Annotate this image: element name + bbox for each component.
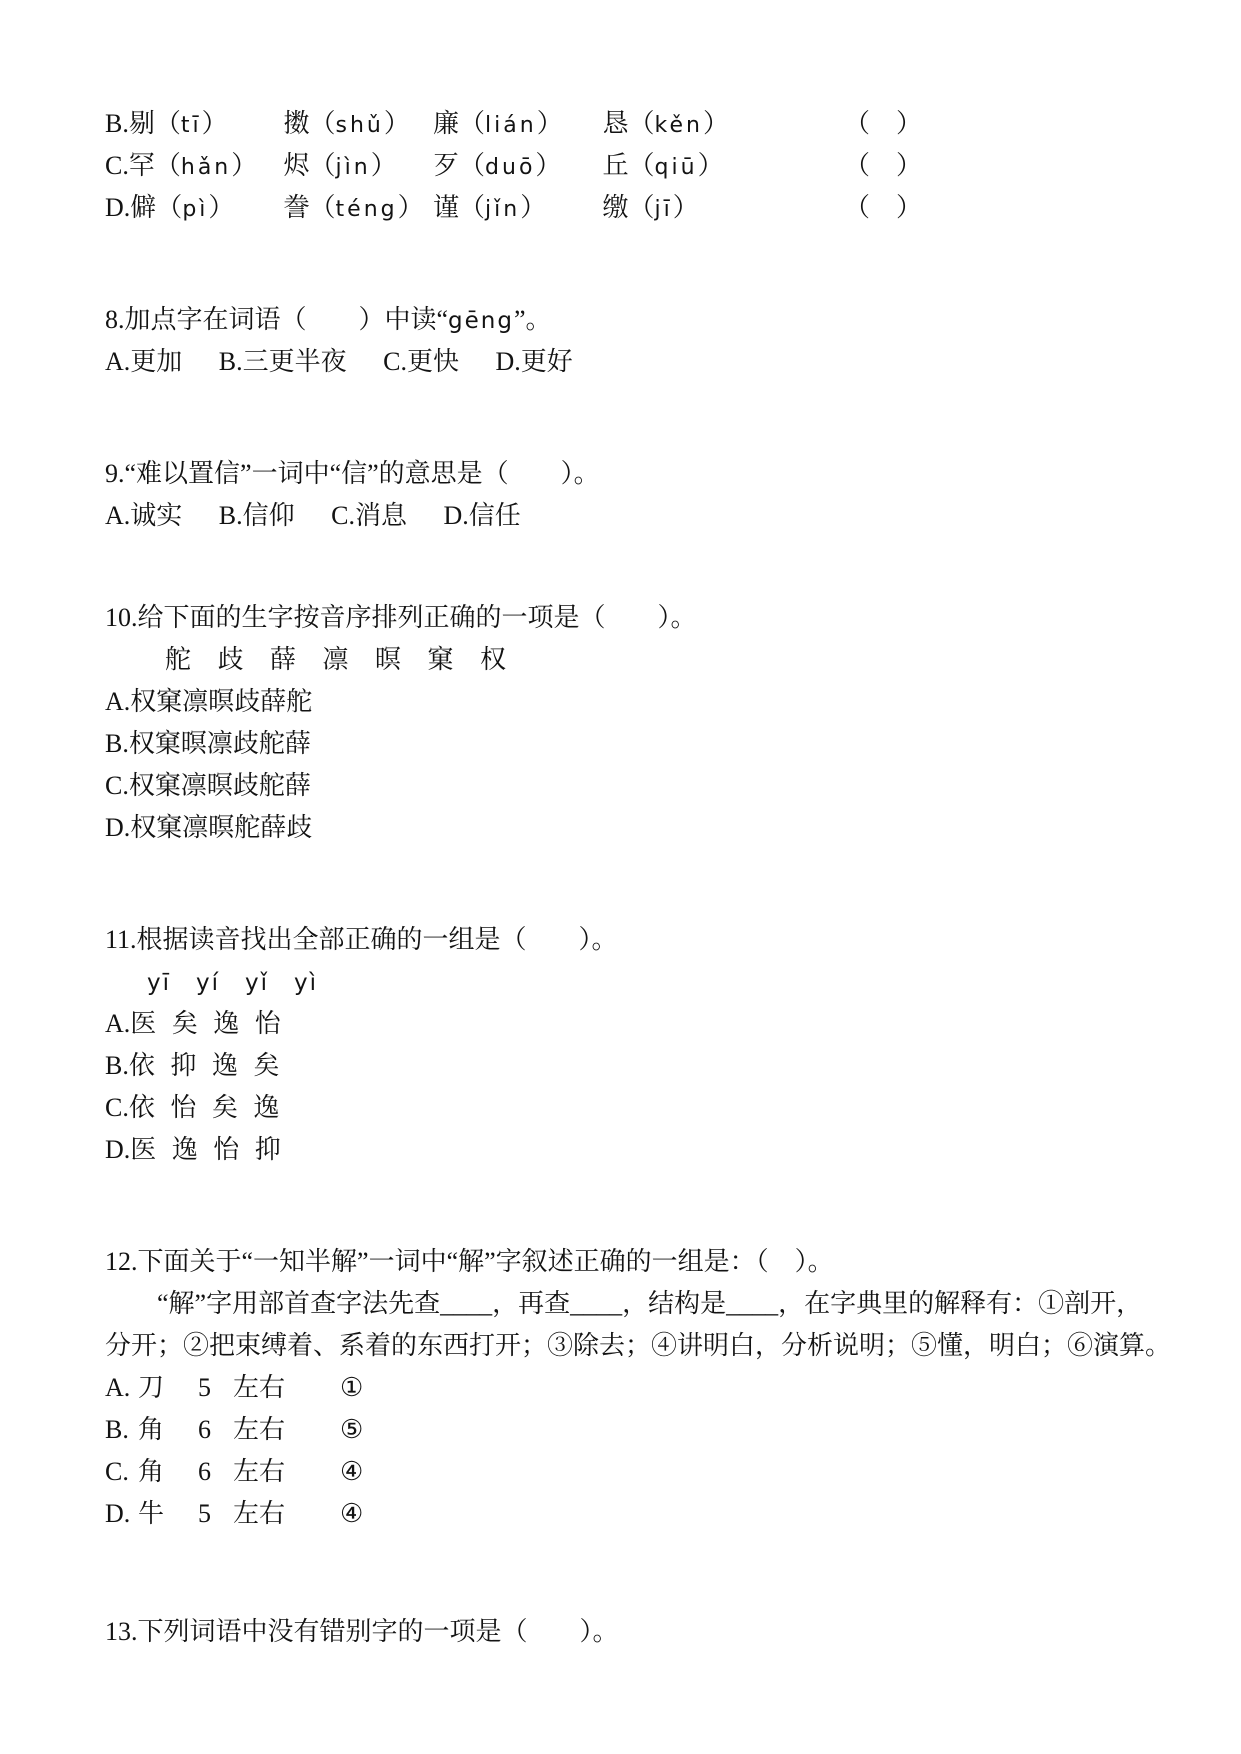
- hanzi: 丘: [603, 151, 629, 180]
- question-9-title: 9.“难以置信”一词中“信”的意思是（ ）。: [105, 453, 1181, 495]
- q7-b-entry-2: 擞（shǔ）: [284, 103, 427, 147]
- question-12-body-line-2: 分开；②把束缚着、系着的东西打开；③除去；④讲明白，分析说明；⑤懂，明白；⑥演算…: [105, 1325, 1181, 1367]
- option-d: D.牛5左右④: [105, 1493, 1181, 1535]
- option-text: B.依 抑 逸 矣: [105, 1051, 279, 1080]
- pinyin-list: yī yí yǐ yì: [147, 970, 318, 996]
- option-a: A.更加: [105, 347, 182, 376]
- pinyin: hǎn: [181, 155, 231, 180]
- q7-c-entry-2: 烬（jìn）: [284, 145, 427, 189]
- pinyin: téng: [336, 197, 398, 222]
- q7-c-entry-3: 歹（duō）: [433, 145, 596, 189]
- open-paren: （: [459, 193, 485, 222]
- option-a: A.刀5左右①: [105, 1367, 1181, 1409]
- option-c: C.依 怡 矣 逸: [105, 1087, 1181, 1129]
- q7-b-entry-3: 廉（lián）: [433, 103, 596, 147]
- close-paren: ）: [398, 193, 424, 222]
- close-paren: ）: [231, 151, 257, 180]
- option-text: D.权窠凛暝舵薛歧: [105, 813, 312, 842]
- structure: 左右: [233, 1409, 340, 1451]
- pinyin: kěn: [655, 113, 703, 138]
- question-text: 11.根据读音找出全部正确的一组是（ ）。: [105, 925, 618, 954]
- question-9: 9.“难以置信”一词中“信”的意思是（ ）。 A.诚实 B.信仰 C.消息 D.…: [105, 453, 1181, 537]
- answer-blank: （ ）: [844, 151, 922, 180]
- question-text: 10.给下面的生字按音序排列正确的一项是（ ）。: [105, 603, 697, 632]
- hanzi: 恳: [603, 109, 629, 138]
- open-paren: （: [155, 151, 181, 180]
- option-letter: D.: [105, 1493, 138, 1535]
- option-letter: C.: [105, 151, 129, 180]
- option-a: A.权窠凛暝歧薛舵: [105, 681, 1181, 723]
- body-text: 分开；②把束缚着、系着的东西打开；③除去；④讲明白，分析说明；⑤懂，明白；⑥演算…: [105, 1331, 1171, 1360]
- question-text: ”。: [514, 305, 552, 334]
- close-paren: ）: [537, 109, 563, 138]
- question-10-character-list: 舵 歧 薛 凛 暝 窠 权: [105, 639, 1181, 681]
- radical: 角: [138, 1409, 198, 1451]
- pinyin: jǐn: [485, 197, 520, 222]
- option-d: D.信任: [443, 501, 520, 530]
- close-paren: ）: [371, 151, 397, 180]
- option-c: C.权窠凛暝歧舵薛: [105, 765, 1181, 807]
- pinyin: jī: [655, 197, 673, 222]
- hanzi-list: 舵 歧 薛 凛 暝 窠 权: [165, 645, 513, 674]
- close-paren: ）: [208, 193, 234, 222]
- question-8-options: A.更加 B.三更半夜 C.更快 D.更好: [105, 341, 1181, 383]
- option-letter: A.: [105, 1367, 138, 1409]
- open-paren: （: [629, 109, 655, 138]
- option-letter: B.: [105, 109, 129, 138]
- close-paren: ）: [703, 109, 729, 138]
- open-paren: （: [459, 151, 485, 180]
- close-paren: ）: [698, 151, 724, 180]
- q7-d-entry-1: D.僻（pì）: [105, 187, 277, 231]
- option-text: B.权窠暝凛歧舵薛: [105, 729, 311, 758]
- q7-option-row-b: B.剔（tī） 擞（shǔ） 廉（lián） 恳（kěn） （ ）: [105, 103, 1181, 145]
- hanzi: 剔: [129, 109, 155, 138]
- question-text: 8.加点字在词语（ ）中读“: [105, 305, 448, 334]
- pinyin: tī: [181, 113, 202, 138]
- question-11: 11.根据读音找出全部正确的一组是（ ）。 yī yí yǐ yì A.医 矣 …: [105, 919, 1181, 1171]
- hanzi: 廉: [433, 109, 459, 138]
- q7-b-entry-1: B.剔（tī）: [105, 103, 277, 147]
- hanzi: 缴: [603, 193, 629, 222]
- option-text: C.权窠凛暝歧舵薛: [105, 771, 311, 800]
- question-11-title: 11.根据读音找出全部正确的一组是（ ）。: [105, 919, 1181, 961]
- close-paren: ）: [202, 109, 228, 138]
- option-c: C.角6左右④: [105, 1451, 1181, 1493]
- option-c: C.消息: [331, 501, 407, 530]
- q7-d-entry-2: 誊（téng）: [284, 187, 427, 231]
- question-11-pinyin-row: yī yí yǐ yì: [105, 961, 1181, 1003]
- definition-number: ④: [340, 1499, 363, 1528]
- option-a: A.诚实: [105, 501, 182, 530]
- close-paren: ）: [520, 193, 546, 222]
- close-paren: ）: [673, 193, 699, 222]
- question-10-title: 10.给下面的生字按音序排列正确的一项是（ ）。: [105, 597, 1181, 639]
- q7-option-row-d: D.僻（pì） 誊（téng） 谨（jǐn） 缴（jī） （ ）: [105, 187, 1181, 229]
- radical: 刀: [138, 1367, 198, 1409]
- open-paren: （: [155, 109, 181, 138]
- option-letter: D.: [105, 193, 130, 222]
- close-paren: ）: [384, 109, 410, 138]
- stroke-count: 5: [198, 1367, 233, 1409]
- open-paren: （: [629, 193, 655, 222]
- open-paren: （: [459, 109, 485, 138]
- q7-c-entry-1: C.罕（hǎn）: [105, 145, 277, 189]
- option-c: C.更快: [383, 347, 459, 376]
- q7-d-entry-3: 谨（jǐn）: [433, 187, 596, 231]
- pinyin: jìn: [336, 155, 371, 180]
- radical: 牛: [138, 1493, 198, 1535]
- option-text: A.医 矣 逸 怡: [105, 1009, 281, 1038]
- hanzi: 誊: [284, 193, 310, 222]
- question-8: 8.加点字在词语（ ）中读“gēng”。 A.更加 B.三更半夜 C.更快 D.…: [105, 299, 1181, 383]
- option-b: B.角6左右⑤: [105, 1409, 1181, 1451]
- question-text: 9.“难以置信”一词中“信”的意思是（ ）。: [105, 459, 600, 488]
- question-12: 12.下面关于“一知半解”一词中“解”字叙述正确的一组是：（ ）。 “解”字用部…: [105, 1241, 1181, 1535]
- open-paren: （: [310, 109, 336, 138]
- question-12-title: 12.下面关于“一知半解”一词中“解”字叙述正确的一组是：（ ）。: [105, 1241, 1181, 1283]
- option-letter: B.: [105, 1409, 138, 1451]
- stroke-count: 6: [198, 1451, 233, 1493]
- pinyin: duō: [485, 155, 535, 180]
- question-10: 10.给下面的生字按音序排列正确的一项是（ ）。 舵 歧 薛 凛 暝 窠 权 A…: [105, 597, 1181, 849]
- q7-option-row-c: C.罕（hǎn） 烬（jìn） 歹（duō） 丘（qiū） （ ）: [105, 145, 1181, 187]
- pinyin: gēng: [448, 308, 514, 334]
- structure: 左右: [233, 1451, 340, 1493]
- option-b: B.依 抑 逸 矣: [105, 1045, 1181, 1087]
- hanzi: 歹: [433, 151, 459, 180]
- option-b: B.三更半夜: [219, 347, 347, 376]
- close-paren: ）: [535, 151, 561, 180]
- option-d: D.权窠凛暝舵薛歧: [105, 807, 1181, 849]
- option-b: B.信仰: [219, 501, 295, 530]
- open-paren: （: [310, 151, 336, 180]
- answer-blank: （ ）: [844, 109, 922, 138]
- radical: 角: [138, 1451, 198, 1493]
- option-text: A.权窠凛暝歧薛舵: [105, 687, 312, 716]
- question-7-option-rows: B.剔（tī） 擞（shǔ） 廉（lián） 恳（kěn） （ ） C.罕（hǎ…: [105, 103, 1181, 229]
- pinyin: shǔ: [336, 113, 384, 138]
- pinyin: lián: [485, 113, 537, 138]
- hanzi: 谨: [433, 193, 459, 222]
- q7-b-entry-4: 恳（kěn）: [603, 103, 838, 147]
- hanzi: 僻: [130, 193, 156, 222]
- definition-number: ⑤: [340, 1415, 363, 1444]
- question-text: 13.下列词语中没有错别字的一项是（ ）。: [105, 1617, 619, 1646]
- open-paren: （: [629, 151, 655, 180]
- exam-document-page: B.剔（tī） 擞（shǔ） 廉（lián） 恳（kěn） （ ） C.罕（hǎ…: [0, 0, 1241, 1754]
- pinyin: pì: [182, 197, 208, 222]
- hanzi: 烬: [284, 151, 310, 180]
- question-12-body-line-1: “解”字用部首查字法先查____，再查____，结构是____，在字典里的解释有…: [105, 1283, 1181, 1325]
- open-paren: （: [156, 193, 182, 222]
- option-a: A.医 矣 逸 怡: [105, 1003, 1181, 1045]
- option-text: C.依 怡 矣 逸: [105, 1093, 279, 1122]
- option-b: B.权窠暝凛歧舵薛: [105, 723, 1181, 765]
- hanzi: 罕: [129, 151, 155, 180]
- question-9-options: A.诚实 B.信仰 C.消息 D.信任: [105, 495, 1181, 537]
- q7-c-entry-4: 丘（qiū）: [603, 145, 838, 189]
- option-d: D.更好: [495, 347, 572, 376]
- question-13: 13.下列词语中没有错别字的一项是（ ）。: [105, 1611, 1181, 1653]
- option-d: D.医 逸 怡 抑: [105, 1129, 1181, 1171]
- structure: 左右: [233, 1493, 340, 1535]
- stroke-count: 5: [198, 1493, 233, 1535]
- pinyin: qiū: [655, 155, 698, 180]
- definition-number: ④: [340, 1457, 363, 1486]
- question-text: 12.下面关于“一知半解”一词中“解”字叙述正确的一组是：（ ）。: [105, 1247, 834, 1276]
- option-letter: C.: [105, 1451, 138, 1493]
- question-13-title: 13.下列词语中没有错别字的一项是（ ）。: [105, 1611, 1181, 1653]
- hanzi: 擞: [284, 109, 310, 138]
- body-text: “解”字用部首查字法先查____，再查____，结构是____，在字典里的解释有…: [157, 1289, 1142, 1318]
- structure: 左右: [233, 1367, 340, 1409]
- option-text: D.医 逸 怡 抑: [105, 1135, 281, 1164]
- open-paren: （: [310, 193, 336, 222]
- question-8-title: 8.加点字在词语（ ）中读“gēng”。: [105, 299, 1181, 341]
- answer-blank: （ ）: [844, 193, 922, 222]
- stroke-count: 6: [198, 1409, 233, 1451]
- definition-number: ①: [340, 1373, 363, 1402]
- q7-d-entry-4: 缴（jī）: [603, 187, 838, 231]
